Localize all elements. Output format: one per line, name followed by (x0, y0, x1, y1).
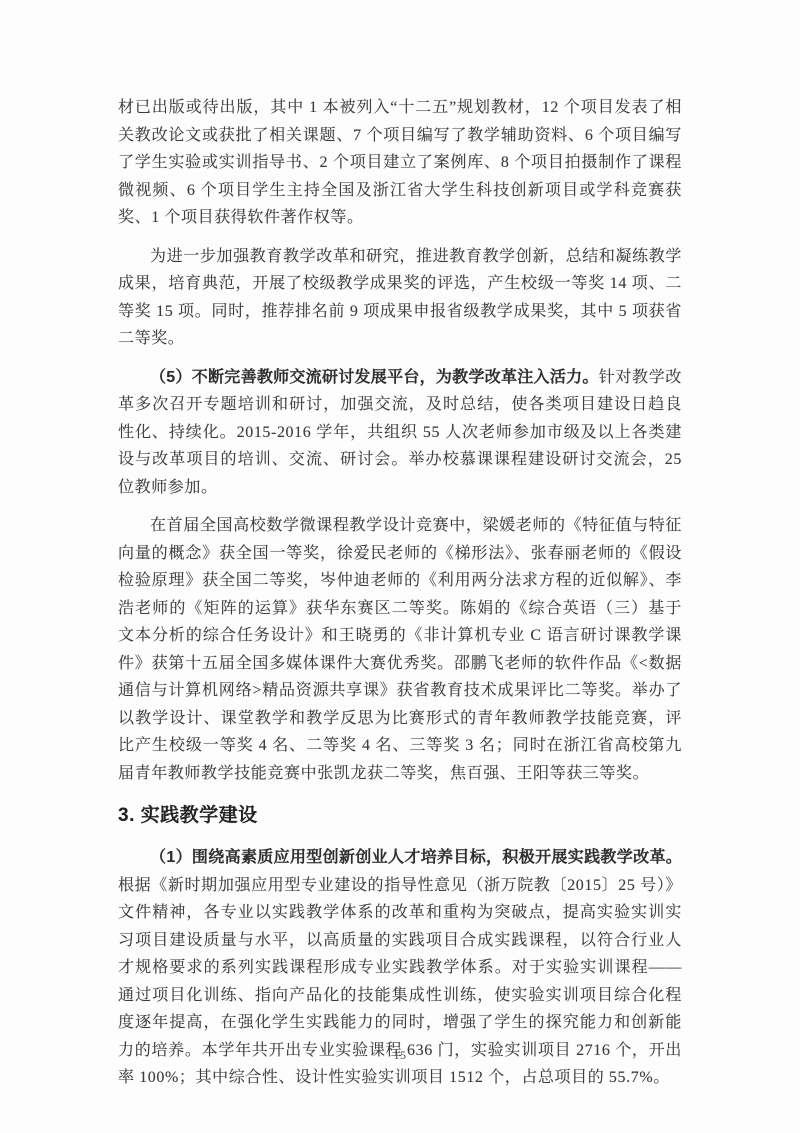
paragraph-text: 材已出版或待出版，其中 1 本被列入“十二五”规划教材，12 个项目发表了相关教… (118, 99, 682, 226)
paragraph-teaching-materials: 材已出版或待出版，其中 1 本被列入“十二五”规划教材，12 个项目发表了相关教… (118, 94, 682, 232)
paragraph-teaching-awards: 为进一步加强教育教学改革和研究，推进教育教学创新，总结和凝练教学成果，培育典范，… (118, 243, 682, 353)
document-page: 材已出版或待出版，其中 1 本被列入“十二五”规划教材，12 个项目发表了相关教… (0, 0, 800, 1133)
paragraph-bold-lead: （1）围绕高素质应用型创新创业人才培养目标，积极开展实践教学改革。 (150, 849, 682, 866)
page-footer: 15 (0, 1046, 800, 1064)
paragraph-text: 在首届全国高校数学微课程教学设计竞赛中，梁媛老师的《特征值与特征向量的概念》获全… (118, 517, 682, 782)
section-heading-practice-teaching: 3. 实践教学建设 (118, 804, 682, 828)
paragraph-text: 针对教学改革多次召开专题培训和研讨，加强交流，及时总结，使各类项目建设日趋良性化… (118, 369, 682, 496)
page-number: 15 (394, 1048, 407, 1062)
paragraph-competition-results: 在首届全国高校数学微课程教学设计竞赛中，梁媛老师的《特征值与特征向量的概念》获全… (118, 512, 682, 787)
paragraph-bold-lead: （5）不断完善教师交流研讨发展平台，为教学改革注入活力。 (150, 369, 599, 386)
page-body: 材已出版或待出版，其中 1 本被列入“十二五”规划教材，12 个项目发表了相关教… (118, 94, 682, 1103)
paragraph-text: 为进一步加强教育教学改革和研究，推进教育教学创新，总结和凝练教学成果，培育典范，… (118, 248, 682, 348)
paragraph-exchange-platform: （5）不断完善教师交流研讨发展平台，为教学改革注入活力。针对教学改革多次召开专题… (118, 364, 682, 502)
